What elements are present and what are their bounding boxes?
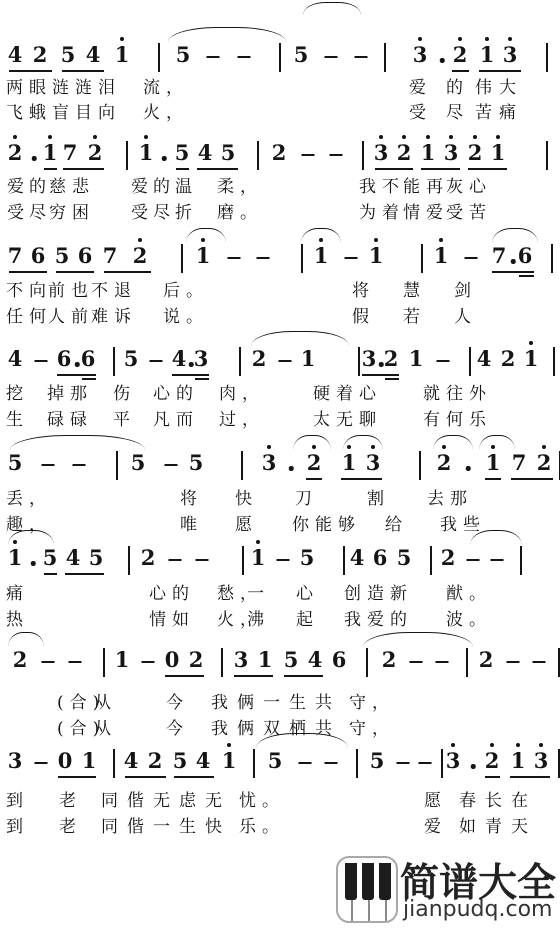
barline <box>113 749 115 778</box>
duration-dash <box>73 464 86 466</box>
note-number: 0 <box>165 647 180 673</box>
augmentation-dot <box>189 362 194 367</box>
beam-underline <box>362 374 399 376</box>
octave-dot <box>48 135 52 139</box>
note-number: 1 <box>369 243 384 269</box>
duration-dash <box>35 360 48 362</box>
barline <box>358 347 360 376</box>
note-number: 2 <box>8 140 23 166</box>
lyric-verse2: 你能够 <box>292 510 361 535</box>
augmentation-dot <box>32 156 37 161</box>
barline <box>126 141 128 170</box>
lyric-verse1: 爱 <box>409 73 432 98</box>
note-number: 2 <box>485 748 500 774</box>
octave-dot <box>529 341 533 345</box>
note-number: 4 <box>350 545 365 571</box>
note-number: 5 <box>55 243 70 269</box>
note-number: 5 <box>173 748 188 774</box>
beam-underline <box>485 776 500 778</box>
note-number: 2 <box>453 42 468 68</box>
slur-arc <box>8 632 44 647</box>
beam-underline <box>9 70 52 72</box>
note-number: 1 <box>222 748 237 774</box>
duration-dash <box>69 661 82 663</box>
note-number: 3 <box>534 748 549 774</box>
duration-dash <box>238 56 251 58</box>
note-number: 5 <box>268 748 283 774</box>
note-number: 1 <box>409 346 424 372</box>
lyric-verse1: 去那 <box>427 484 473 509</box>
octave-dot <box>449 135 453 139</box>
note-number: 1 <box>258 647 273 673</box>
beam-underline <box>385 378 399 380</box>
lyric-verse2: 火， <box>143 98 189 123</box>
watermark-domain: jianpudq.com <box>403 897 552 922</box>
slur-arc <box>10 435 145 450</box>
octave-dot <box>379 135 383 139</box>
lyric-verse2: 飞蛾盲目向 <box>6 98 121 123</box>
note-number: 2 <box>141 545 156 571</box>
octave-dot <box>485 37 489 41</box>
duration-dash <box>410 661 423 663</box>
note-number: 4 <box>308 647 323 673</box>
barline <box>113 347 115 376</box>
note-number: 5 <box>131 450 146 476</box>
piano-key-divider <box>351 900 353 921</box>
duration-dash <box>165 464 178 466</box>
piano-key-divider <box>385 900 387 921</box>
slur-arc <box>343 435 383 450</box>
beam-underline <box>63 168 104 170</box>
augmentation-dot <box>162 156 167 161</box>
note-number: 6 <box>78 243 93 269</box>
octave-dot <box>267 445 271 449</box>
note-number: 1 <box>301 346 316 372</box>
note-number: 1 <box>196 243 211 269</box>
note-number: 3 <box>366 450 381 476</box>
octave-dot <box>496 135 500 139</box>
beam-underline <box>284 675 323 677</box>
lyric-verse1: 将 <box>352 276 375 301</box>
barline <box>257 141 259 170</box>
octave-dot <box>508 37 512 41</box>
lyric-verse2: 受 <box>7 198 30 223</box>
lyric-verse1: 大 <box>499 73 522 98</box>
duration-dash <box>196 559 209 561</box>
augmentation-dot <box>511 259 516 264</box>
note-number: 1 <box>82 748 97 774</box>
duration-dash <box>330 154 343 156</box>
duration-dash <box>437 360 450 362</box>
duration-dash <box>150 360 163 362</box>
beam-underline <box>172 374 209 376</box>
lyric-verse2: 碌碌 <box>47 405 93 430</box>
lyric-verse1: 猷。 <box>446 579 492 604</box>
note-number: 2 <box>479 647 494 673</box>
barline <box>551 244 553 273</box>
note-number: 5 <box>294 42 309 68</box>
piano-keys-icon <box>336 856 398 923</box>
augmentation-dot <box>466 466 471 471</box>
note-number: 1 <box>421 140 436 166</box>
octave-dot <box>256 540 260 544</box>
lyric-verse2: 假 <box>352 302 375 327</box>
note-number: 5 <box>61 42 76 68</box>
note-number: 4 <box>8 42 23 68</box>
note-number: 2 <box>468 140 483 166</box>
note-number: 4 <box>172 346 187 372</box>
barline <box>362 141 364 170</box>
note-number: 1 <box>486 450 501 476</box>
duration-dash <box>42 464 55 466</box>
augmentation-dot <box>289 466 294 471</box>
note-number: 2 <box>382 647 397 673</box>
duration-dash <box>257 257 270 259</box>
lyric-verse2: 沸 <box>247 605 270 630</box>
lyric-verse2: 折 <box>175 198 198 223</box>
note-number: 2 <box>133 243 148 269</box>
octave-dot <box>227 743 231 747</box>
note-number: 5 <box>8 450 23 476</box>
barline <box>116 451 118 480</box>
note-number: 4 <box>198 140 213 166</box>
lyric-verse1: 爱 <box>131 172 154 197</box>
note-number: 3 <box>262 450 277 476</box>
note-number: 5 <box>397 545 412 571</box>
duration-dash <box>142 661 155 663</box>
lyric-verse2: 从 <box>94 714 117 739</box>
lyric-verse2: 情爱 <box>403 198 449 223</box>
lyric-verse2: 人 <box>454 302 477 327</box>
note-number: 2 <box>437 450 452 476</box>
note-number: 2 <box>501 346 516 372</box>
note-number: 2 <box>148 748 163 774</box>
lyric-verse1: 的 <box>446 73 469 98</box>
beam-underline <box>197 168 238 170</box>
beam-underline <box>510 776 550 778</box>
note-number: 1 <box>524 346 539 372</box>
beam-underline <box>341 478 382 480</box>
duration-dash <box>35 762 48 764</box>
note-number: 7 <box>512 450 527 476</box>
lyric-verse2: 守， <box>349 714 395 739</box>
barline <box>366 648 368 677</box>
note-number: 3 <box>194 346 209 372</box>
lyric-verse1: 一 <box>247 579 270 604</box>
lyric-verse2: 尽 <box>153 198 176 223</box>
lyric-verse1: 掉那 <box>47 379 93 404</box>
note-number: 6 <box>57 346 72 372</box>
lyric-verse2: 苦 <box>475 98 498 123</box>
note-number: 1 <box>491 140 506 166</box>
barline <box>221 648 223 677</box>
beam-underline <box>65 573 104 575</box>
beam-underline <box>306 478 322 480</box>
note-number: 4 <box>86 42 101 68</box>
lyric-verse2: 受 <box>131 198 154 223</box>
octave-dot <box>539 743 543 747</box>
lyric-verse2: 平 <box>113 405 136 430</box>
lyric-verse1: 硬着心 <box>313 379 382 404</box>
note-number: 1 <box>511 748 526 774</box>
slur-arc <box>479 435 515 450</box>
lyric-verse2: 为着 <box>359 198 405 223</box>
barline <box>103 648 105 677</box>
augmentation-dot <box>75 362 80 367</box>
lyric-verse1: 守， <box>349 688 395 713</box>
duration-dash <box>355 56 368 58</box>
beam-underline <box>104 271 151 273</box>
lyric-verse2: 若 <box>403 302 426 327</box>
duration-dash <box>436 661 449 663</box>
watermark[interactable]: 简谱大全 jianpudq.com <box>334 845 560 925</box>
lyric-verse2: 生 <box>6 405 29 430</box>
lyric-verse2: 穷困 <box>49 198 95 223</box>
beam-underline <box>57 374 96 376</box>
lyric-verse1: 到 <box>6 786 29 811</box>
note-number: 3 <box>8 748 23 774</box>
lyric-verse2: 凡而 <box>153 405 199 430</box>
lyric-verse1: 刀 <box>295 484 318 509</box>
piano-black-key <box>345 863 357 900</box>
barline <box>356 749 358 778</box>
slur-arc <box>470 530 522 545</box>
lyric-verse2: 太无聊 <box>313 405 382 430</box>
beam-underline <box>468 168 507 170</box>
lyric-verse2: 唯 <box>180 510 203 535</box>
lyric-verse1: 我不 <box>359 172 405 197</box>
barline <box>546 141 548 170</box>
duration-dash <box>299 762 312 764</box>
note-number: 6 <box>81 346 96 372</box>
piano-black-key <box>362 863 374 900</box>
lyric-verse2: 同偕一生快 <box>101 812 231 837</box>
note-number: 1 <box>115 647 130 673</box>
note-number: 0 <box>58 748 73 774</box>
slur-arc <box>363 632 473 647</box>
lyric-verse1: 两眼涟涟泪 <box>6 73 121 98</box>
duration-dash <box>325 762 338 764</box>
barline <box>430 546 432 575</box>
note-number: 7 <box>8 243 23 269</box>
lyric-verse2: 磨。 <box>217 198 263 223</box>
lyric-verse1: 不退 <box>91 276 137 301</box>
barline <box>343 546 345 575</box>
lyric-verse2: 老 <box>59 812 82 837</box>
note-number: 2 <box>189 647 204 673</box>
lyric-verse2: 情如 <box>149 605 195 630</box>
beam-underline <box>375 168 413 170</box>
lyric-verse1: 温 <box>175 172 198 197</box>
octave-dot <box>144 135 148 139</box>
piano-black-key <box>379 863 391 900</box>
octave-dot <box>439 238 443 242</box>
lyric-verse2: 给 <box>385 510 408 535</box>
lyric-verse2: 乐。 <box>239 812 285 837</box>
beam-underline <box>125 776 166 778</box>
augmentation-dot <box>31 561 36 566</box>
lyric-verse2: 波。 <box>446 605 492 630</box>
lyric-verse1: 慧 <box>403 276 426 301</box>
beam-underline <box>234 675 273 677</box>
octave-dot <box>418 37 422 41</box>
note-number: 2 <box>307 450 322 476</box>
lyric-verse1: 肉， <box>219 379 265 404</box>
octave-dot <box>426 135 430 139</box>
duration-dash <box>228 257 241 259</box>
note-number: 6 <box>518 243 533 269</box>
lyric-verse1: 忧。 <box>239 786 285 811</box>
note-number: 6 <box>373 545 388 571</box>
lyric-verse2: 任何 <box>6 302 52 327</box>
lyric-verse2: 有何乐 <box>423 405 492 430</box>
lyric-verse1: 春长在 <box>459 786 537 811</box>
lyric-verse2: 热 <box>6 605 29 630</box>
note-number: 5 <box>124 346 139 372</box>
duration-dash <box>397 762 410 764</box>
augmentation-dot <box>379 362 384 367</box>
beam-underline <box>56 271 94 273</box>
note-number: 2 <box>384 346 399 372</box>
note-number: 3 <box>374 140 389 166</box>
lyric-verse2: 起 <box>296 605 319 630</box>
lyric-verse1: 痛 <box>6 579 29 604</box>
lyric-verse2: 尽 <box>446 98 469 123</box>
note-number: 5 <box>176 42 191 68</box>
note-number: 2 <box>33 42 48 68</box>
slur-arc <box>168 27 286 42</box>
lyric-verse2: 受苦 <box>446 198 492 223</box>
lyric-verse1: 后。 <box>163 276 209 301</box>
lyric-verse1: 柔， <box>217 172 263 197</box>
barline <box>279 43 281 72</box>
barline <box>158 43 160 72</box>
lyric-verse1: 老 <box>59 786 82 811</box>
beam-underline <box>62 70 104 72</box>
lyric-verse1: 伤 <box>113 379 136 404</box>
lyric-verse1: 灰心 <box>446 172 492 197</box>
duration-dash <box>467 559 480 561</box>
duration-dash <box>465 257 478 259</box>
barline <box>241 451 243 480</box>
note-number: 4 <box>8 346 23 372</box>
lyric-verse1: 慈悲 <box>49 172 95 197</box>
barline <box>466 648 468 677</box>
note-number: 2 <box>441 545 456 571</box>
note-number: 1 <box>434 243 449 269</box>
duration-dash <box>419 762 432 764</box>
octave-dot <box>138 238 142 242</box>
lyric-verse1: 同偕无虑无 <box>101 786 231 811</box>
lyric-verse2: 过， <box>219 405 265 430</box>
note-number: 4 <box>124 748 139 774</box>
note-number: 3 <box>362 346 377 372</box>
note-number: 5 <box>370 748 385 774</box>
lyric-verse2: 我些 <box>440 510 486 535</box>
note-number: 1 <box>314 243 329 269</box>
note-number: 1 <box>43 140 58 166</box>
slur-fragment <box>303 2 361 15</box>
note-number: 5 <box>89 545 104 571</box>
lyric-verse1: 愿 <box>424 786 447 811</box>
lyric-verse2: 人前 <box>48 302 94 327</box>
note-number: 2 <box>252 346 267 372</box>
lyric-verse1: 从 <box>94 688 117 713</box>
lyric-verse1: 剑 <box>454 276 477 301</box>
lyric-verse1: 创造新 <box>344 579 413 604</box>
lyric-verse1: 丢， <box>6 484 52 509</box>
lyric-verse2: 我爱的 <box>344 605 413 630</box>
barline <box>553 347 555 376</box>
note-number: 6 <box>332 647 347 673</box>
note-number: 1 <box>115 42 130 68</box>
barline <box>242 546 244 575</box>
octave-dot <box>542 445 546 449</box>
octave-dot <box>451 743 455 747</box>
duration-dash <box>507 661 520 663</box>
lyric-verse1: 心 <box>296 579 319 604</box>
note-number: 3 <box>503 42 518 68</box>
lyric-verse1: 爱 <box>7 172 30 197</box>
note-number: 2 <box>272 140 287 166</box>
beam-underline <box>452 70 469 72</box>
note-number: 2 <box>13 647 28 673</box>
barline <box>253 749 255 778</box>
beam-underline <box>479 70 521 72</box>
barline <box>384 43 386 72</box>
slur-arc <box>492 228 538 243</box>
note-number: 7 <box>103 243 118 269</box>
piano-key-divider <box>368 900 370 921</box>
lyric-verse1: 能再 <box>403 172 449 197</box>
note-number: 3 <box>413 42 428 68</box>
lyric-verse2: 说。 <box>163 302 209 327</box>
beam-underline <box>492 271 534 273</box>
beam-underline <box>44 168 57 170</box>
duration-dash <box>325 56 338 58</box>
barline <box>520 546 522 575</box>
note-number: 3 <box>444 140 459 166</box>
note-number: 2 <box>397 140 412 166</box>
slur-arc <box>301 228 341 243</box>
beam-underline <box>165 675 204 677</box>
barline <box>301 244 303 273</box>
note-number: 3 <box>446 748 461 774</box>
note-number: 6 <box>31 243 46 269</box>
lyric-verse1: 割 <box>367 484 390 509</box>
note-number: 4 <box>66 545 81 571</box>
barline <box>469 347 471 376</box>
octave-dot <box>490 743 494 747</box>
note-number: 1 <box>139 140 154 166</box>
note-number: 2 <box>88 140 103 166</box>
lyric-verse1: 的 <box>153 172 176 197</box>
note-number: 2 <box>537 450 552 476</box>
note-number: 5 <box>175 140 190 166</box>
beam-underline <box>176 168 189 170</box>
duration-dash <box>491 559 504 561</box>
lyric-verse1: 流， <box>143 73 189 98</box>
note-number: 1 <box>342 450 357 476</box>
note-number: 1 <box>480 42 495 68</box>
lyric-verse2: 愿 <box>235 510 258 535</box>
slur-arc <box>433 435 473 450</box>
barline <box>441 749 443 778</box>
lyric-verse2: 如青天 <box>459 812 537 837</box>
lyric-verse1: 就往外 <box>423 379 492 404</box>
note-number: 4 <box>477 346 492 372</box>
duration-dash <box>345 257 358 259</box>
